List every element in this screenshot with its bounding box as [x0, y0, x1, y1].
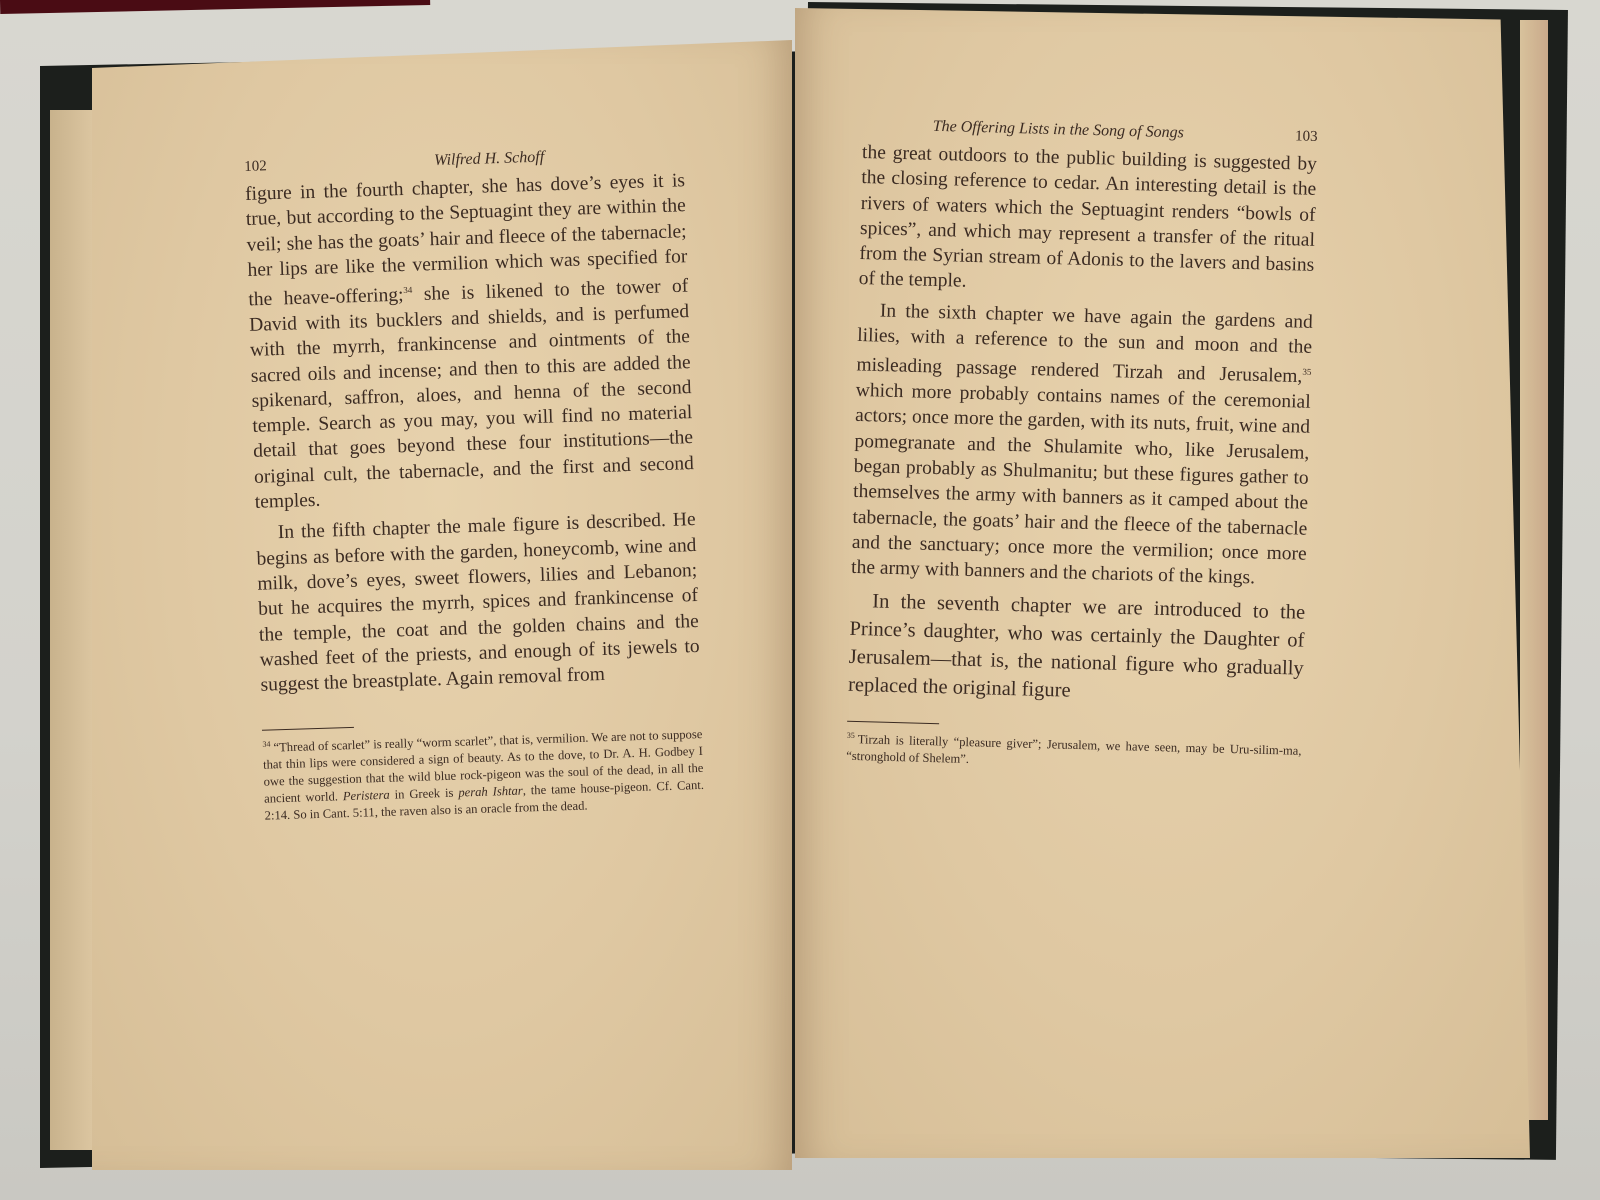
footnote-italic: perah Ishtar	[458, 784, 523, 800]
footnote-text: in Greek is	[389, 786, 458, 802]
footnote-italic: Peristera	[343, 788, 390, 803]
paragraph-text: In the sixth chapter we have again the g…	[856, 300, 1313, 387]
right-text-block: The Offering Lists in the Song of Songs …	[846, 116, 1318, 776]
running-head-title: The Offering Lists in the Song of Songs	[933, 118, 1185, 143]
paragraph: In the fifth chapter the male figure is …	[255, 507, 700, 698]
page-number: 103	[1295, 128, 1318, 146]
paragraph: figure in the fourth chapter, she has do…	[245, 168, 695, 515]
page-number: 102	[244, 158, 267, 176]
footnote-ref: 34	[403, 285, 412, 295]
footnote-ref: 35	[1302, 367, 1311, 377]
right-page: The Offering Lists in the Song of Songs …	[795, 8, 1530, 1158]
page-stack-left	[50, 110, 96, 1150]
paragraph: In the sixth chapter we have again the g…	[851, 298, 1313, 593]
table-edge	[0, 0, 430, 14]
footnote-divider	[262, 727, 354, 731]
paragraph: the great outdoors to the public buildin…	[858, 140, 1317, 304]
paragraph-text: she is likened to the tower of David wit…	[249, 276, 694, 513]
footnote-text: Tirzah is literally “pleasure giver”; Je…	[846, 732, 1302, 766]
footnote: 34“Thread of scarlet” is really “worm sc…	[262, 723, 705, 824]
left-page: 102 Wilfred H. Schoff figure in the four…	[92, 40, 792, 1170]
footnote-number: 34	[262, 740, 270, 749]
left-text-block: 102 Wilfred H. Schoff figure in the four…	[244, 144, 705, 824]
footnote-divider	[847, 720, 939, 723]
paragraph: In the seventh chapter we are introduced…	[848, 586, 1306, 710]
running-head-author: Wilfred H. Schoff	[434, 149, 545, 170]
paragraph-text: which more probably contains names of th…	[851, 380, 1311, 589]
footnote: 35Tirzah is literally “pleasure giver”; …	[846, 727, 1302, 776]
footnote-number: 35	[847, 730, 855, 739]
